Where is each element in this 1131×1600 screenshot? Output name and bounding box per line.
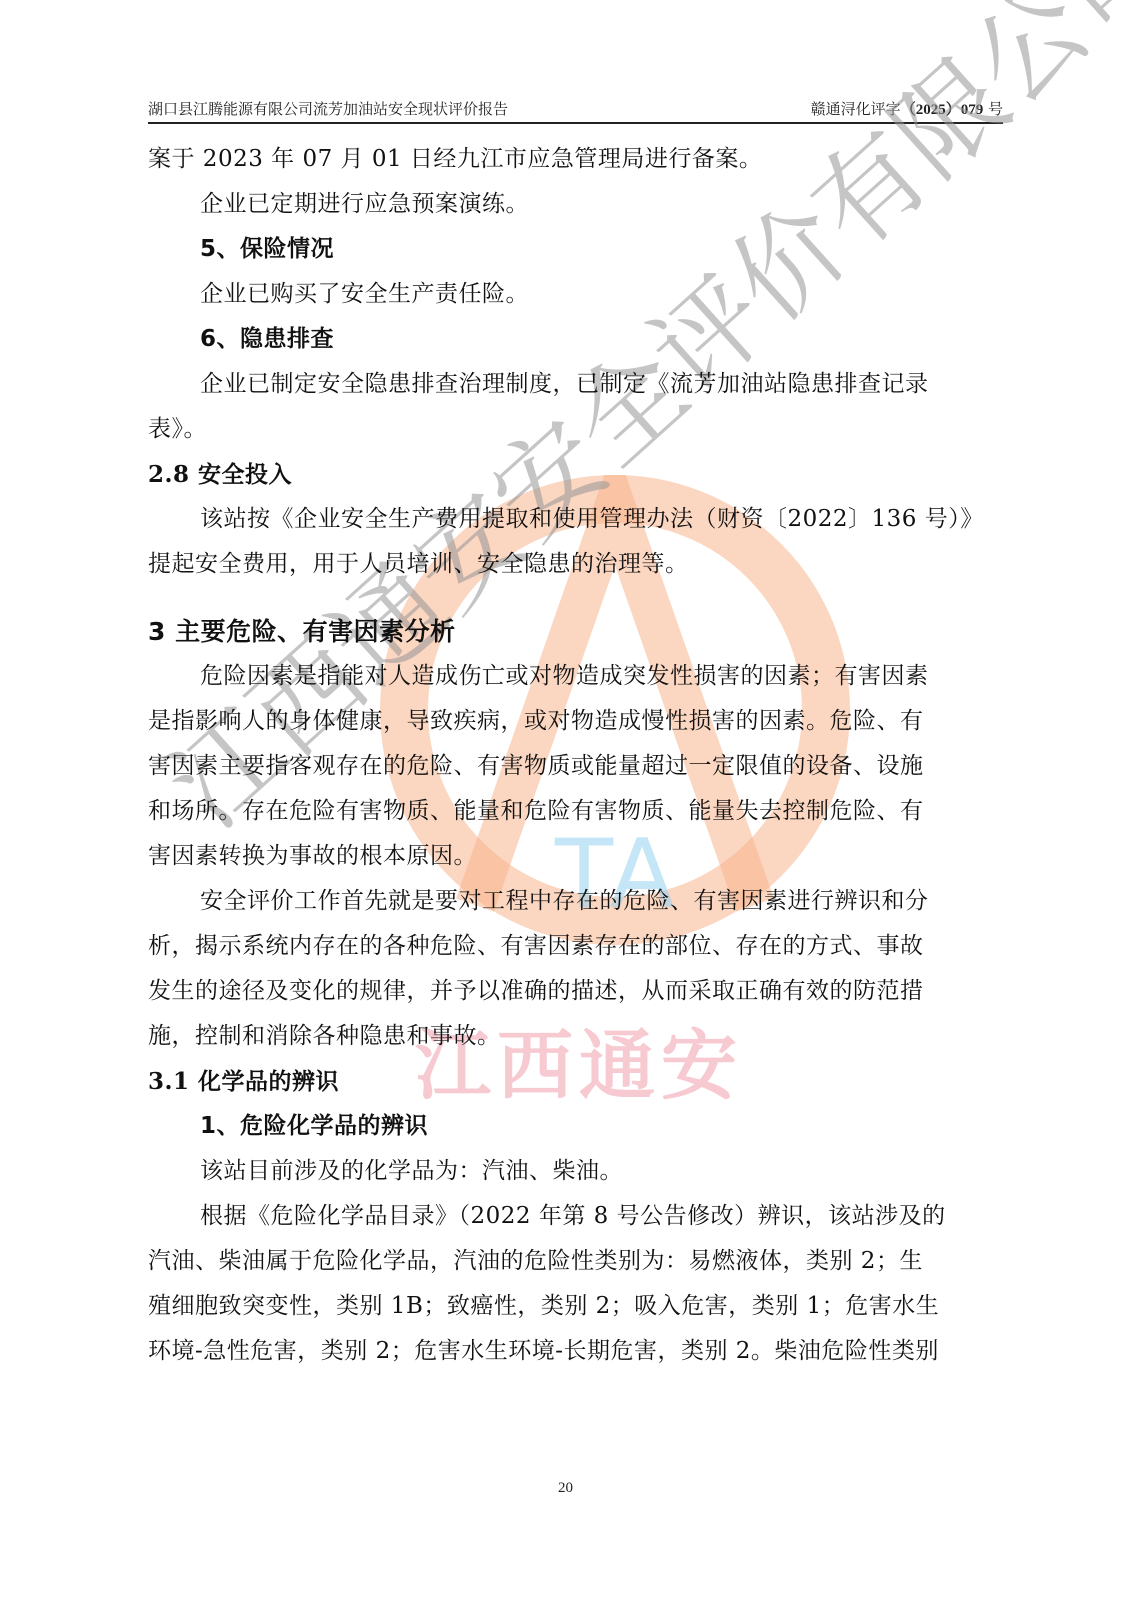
- page-number: 20: [0, 1480, 1131, 1497]
- paragraph-line: 该站按《企业安全生产费用提取和使用管理办法（财资〔2022〕136 号）》: [148, 497, 1004, 542]
- paragraph-line: 是指影响人的身体健康，导致疾病，或对物造成慢性损害的因素。危险、有: [148, 699, 1004, 744]
- page-body: 案于 2023 年 07 月 01 日经九江市应急管理局进行备案。 企业已定期进…: [148, 137, 1004, 1374]
- chapter-heading-3: 3 主要危险、有害因素分析: [148, 609, 1004, 654]
- paragraph-line: 害因素主要指客观存在的危险、有害物质或能量超过一定限值的设备、设施: [148, 744, 1004, 789]
- section-heading-3-1: 3.1 化学品的辨识: [148, 1059, 1004, 1104]
- paragraph-line: 汽油、柴油属于危险化学品，汽油的危险性类别为：易燃液体，类别 2；生: [148, 1239, 1004, 1284]
- paragraph-line: 案于 2023 年 07 月 01 日经九江市应急管理局进行备案。: [148, 137, 1004, 182]
- section-heading-2-8: 2.8 安全投入: [148, 452, 1004, 497]
- paragraph-line: 析，揭示系统内存在的各种危险、有害因素存在的部位、存在的方式、事故: [148, 924, 1004, 969]
- paragraph-line: 危险因素是指能对人造成伤亡或对物造成突发性损害的因素；有害因素: [148, 654, 1004, 699]
- paragraph-line: 施，控制和消除各种隐患和事故。: [148, 1014, 1004, 1059]
- paragraph-line: 企业已定期进行应急预案演练。: [148, 182, 1004, 227]
- paragraph-line: 安全评价工作首先就是要对工程中存在的危险、有害因素进行辨识和分: [148, 879, 1004, 924]
- paragraph-line: 环境-急性危害，类别 2；危害水生环境-长期危害，类别 2。柴油危险性类别: [148, 1329, 1004, 1374]
- paragraph-line: 企业已制定安全隐患排查治理制度，已制定《流芳加油站隐患排查记录: [148, 362, 1004, 407]
- subsection-heading-hazchem-id: 1、危险化学品的辨识: [148, 1104, 1004, 1149]
- subsection-heading-insurance: 5、保险情况: [148, 227, 1004, 272]
- paragraph-line: 提起安全费用，用于人员培训、安全隐患的治理等。: [148, 542, 1004, 587]
- paragraph-line: 殖细胞致突变性，类别 1B；致癌性，类别 2；吸入危害，类别 1；危害水生: [148, 1284, 1004, 1329]
- subsection-heading-hazard-check: 6、隐患排查: [148, 317, 1004, 362]
- paragraph-line: 该站目前涉及的化学品为：汽油、柴油。: [148, 1149, 1004, 1194]
- paragraph-line: 害因素转换为事故的根本原因。: [148, 834, 1004, 879]
- paragraph-line: 根据《危险化学品目录》（2022 年第 8 号公告修改）辨识，该站涉及的: [148, 1194, 1004, 1239]
- header-report-title: 湖口县江腾能源有限公司流芳加油站安全现状评价报告: [148, 98, 508, 119]
- paragraph-line: 表》。: [148, 407, 1004, 452]
- paragraph-line: 发生的途径及变化的规律，并予以准确的描述，从而采取正确有效的防范措: [148, 969, 1004, 1014]
- paragraph-line: 和场所。存在危险有害物质、能量和危险有害物质、能量失去控制危险、有: [148, 789, 1004, 834]
- paragraph-line: 企业已购买了安全生产责任险。: [148, 272, 1004, 317]
